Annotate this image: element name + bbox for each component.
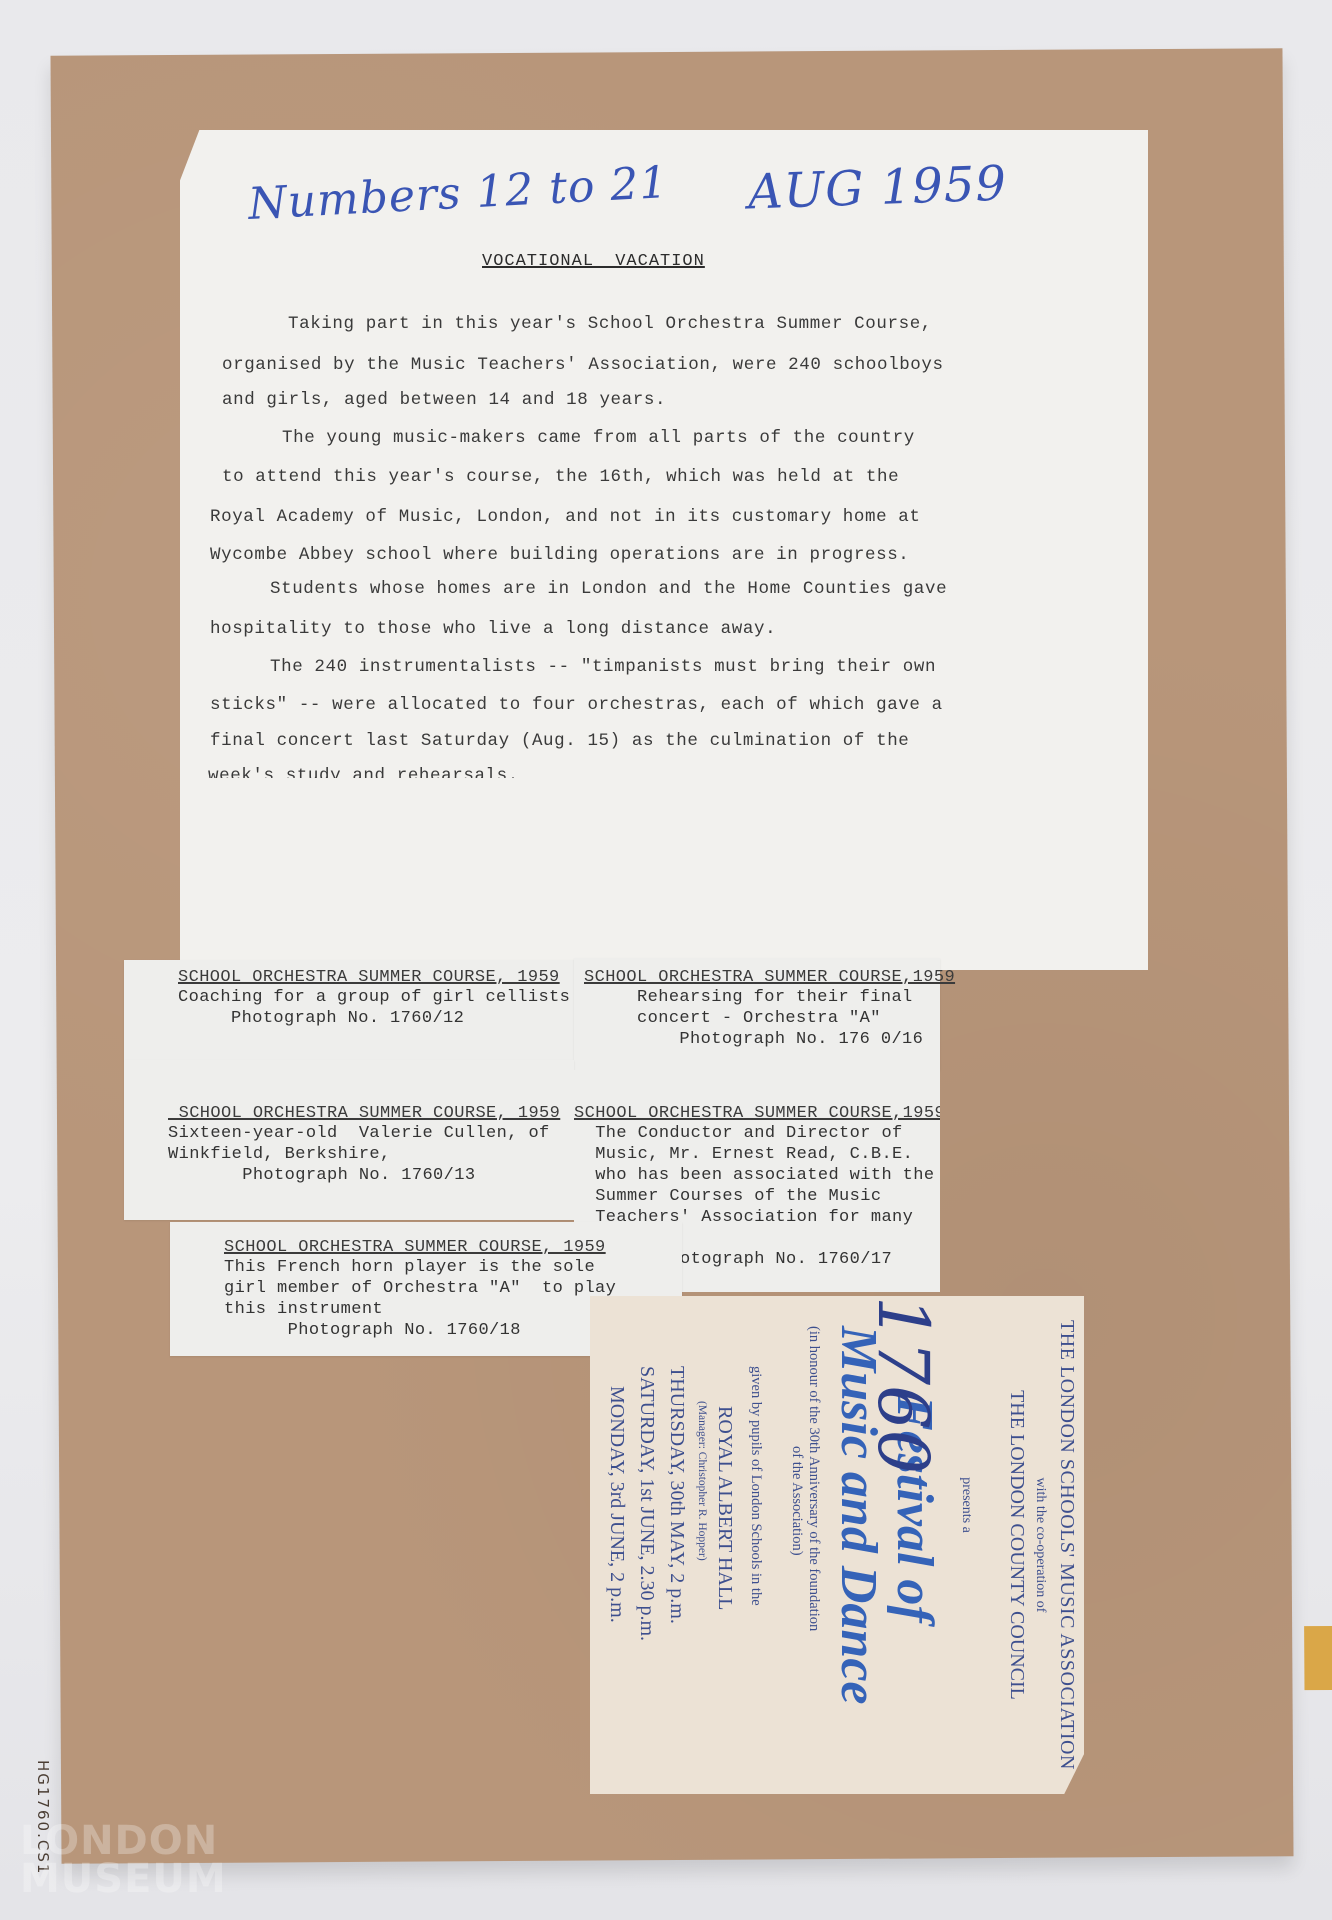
caption-line: Coaching for a group of girl cellists. (178, 987, 574, 1008)
caption-line: Rehearsing for their final (584, 987, 940, 1008)
watermark-line: MUSEUM (20, 1860, 227, 1898)
programme-organisation: THE LONDON SCHOOLS' MUSIC ASSOCIATION (1055, 1296, 1078, 1794)
programme-date: THURSDAY, 30th MAY, 2 p.m. (665, 1296, 688, 1864)
programme-content: THE LONDON SCHOOLS' MUSIC ASSOCIATION wi… (590, 1296, 1084, 1794)
caption-line: Music, Mr. Ernest Read, C.B.E. (574, 1144, 940, 1165)
text-line: final concert last Saturday (Aug. 15) as… (210, 731, 909, 751)
text-line: hospitality to those who live a long dis… (210, 619, 776, 639)
honour-line: (in honour of the 30th Anniversary of th… (806, 1326, 822, 1631)
caption-line: Winkfield, Berkshire, (168, 1144, 574, 1165)
text-line: The young music-makers came from all par… (282, 428, 915, 448)
caption-line: Photograph No. 1760/12 (178, 1008, 574, 1029)
handwritten-date: AUG 1959 (747, 155, 1008, 220)
text-line: Royal Academy of Music, London, and not … (210, 507, 921, 527)
caption-heading: SCHOOL ORCHESTRA SUMMER COURSE, 1959 (224, 1238, 682, 1257)
caption-line: who has been associated with the (574, 1165, 940, 1186)
text-line: organised by the Music Teachers' Associa… (222, 355, 944, 375)
caption-heading: SCHOOL ORCHESTRA SUMMER COURSE,1959 (574, 1104, 940, 1123)
text-line: Wycombe Abbey school where building oper… (210, 545, 909, 565)
caption-line: Sixteen-year-old Valerie Cullen, of (168, 1123, 574, 1144)
programme-council: THE LONDON COUNTY COUNCIL (1005, 1296, 1028, 1794)
museum-watermark: LONDON MUSEUM (20, 1822, 227, 1898)
festival-programme: THE LONDON SCHOOLS' MUSIC ASSOCIATION wi… (590, 1296, 1084, 1794)
adhesive-tape (1304, 1626, 1332, 1690)
honour-line: of the Association) (789, 1326, 805, 1556)
caption-line: Photograph No. 1760/13 (168, 1165, 574, 1186)
caption-heading: SCHOOL ORCHESTRA SUMMER COURSE,1959 (584, 968, 940, 987)
caption-heading: SCHOOL ORCHESTRA SUMMER COURSE, 1959 (178, 968, 574, 987)
programme-presents: presents a (958, 1256, 974, 1754)
caption-line: Summer Courses of the Music (574, 1186, 940, 1207)
caption-slip: SCHOOL ORCHESTRA SUMMER COURSE,1959 Rehe… (574, 958, 940, 1070)
programme-cooperation: with the co-operation of (1032, 1296, 1048, 1794)
caption-heading: SCHOOL ORCHESTRA SUMMER COURSE, 1959 (168, 1104, 574, 1123)
text-line: Students whose homes are in London and t… (270, 579, 947, 599)
text-line: The 240 instrumentalists -- "timpanists … (270, 657, 936, 677)
programme-honour: (in honour of the 30th Anniversary of th… (788, 1296, 822, 1824)
caption-line: This French horn player is the sole (224, 1257, 682, 1278)
caption-line: The Conductor and Director of (574, 1123, 940, 1144)
watermark-line: LONDON (20, 1822, 227, 1860)
caption-slip: SCHOOL ORCHESTRA SUMMER COURSE, 1959 Six… (124, 1060, 574, 1220)
handwritten-reference: 1760 (862, 1296, 944, 1474)
caption-slip: SCHOOL ORCHESTRA SUMMER COURSE, 1959 Coa… (124, 960, 574, 1060)
text-line: Taking part in this year's School Orches… (288, 314, 932, 334)
programme-date: SATURDAY, 1st JUNE, 2.30 p.m. (635, 1296, 658, 1864)
document-title: VOCATIONAL VACATION (482, 252, 705, 271)
text-line: sticks" -- were allocated to four orches… (210, 695, 943, 715)
programme-given-by: given by pupils of London Schools in the (747, 1296, 764, 1864)
caption-line: girl member of Orchestra "A" to play (224, 1278, 682, 1299)
caption-line: concert - Orchestra "A" (584, 1008, 940, 1029)
text-line: to attend this year's course, the 16th, … (222, 467, 899, 487)
text-line: and girls, aged between 14 and 18 years. (222, 390, 666, 410)
caption-line: Photograph No. 176 0/16 (584, 1029, 940, 1050)
